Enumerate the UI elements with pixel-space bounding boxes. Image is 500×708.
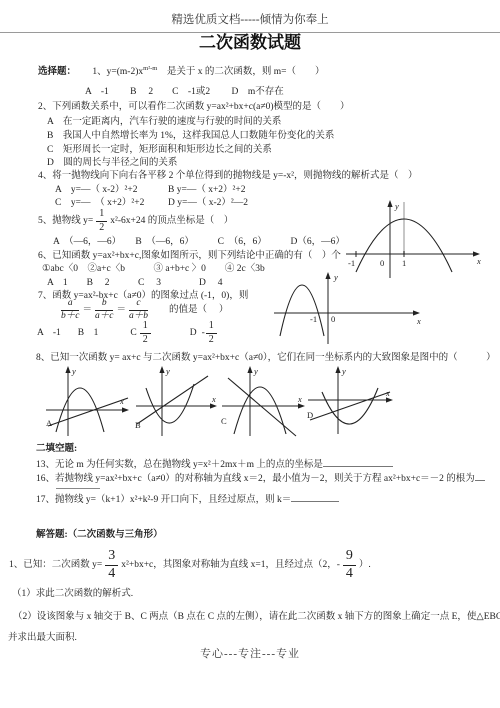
minus-sign: - bbox=[337, 559, 340, 571]
solve-q1-mid: x²+bx+c，其图象对称轴为直线 x=1，且经过点（2， bbox=[121, 559, 337, 571]
parabola-curve bbox=[280, 285, 324, 336]
x-axis-arrow bbox=[298, 403, 305, 408]
fraction-one-half: 12 bbox=[96, 209, 107, 233]
y-axis-label: y bbox=[165, 366, 170, 376]
solve-q1-sub1: （1）求此二次函数的解析式. bbox=[12, 588, 133, 600]
page-footer: 专心---专注---专业 bbox=[0, 648, 500, 660]
y-axis-label: y bbox=[333, 272, 338, 282]
equals-sign: ＝ bbox=[82, 304, 92, 316]
tick-label-0: 0 bbox=[331, 314, 335, 324]
answer-blank bbox=[291, 492, 339, 502]
answer-blank bbox=[323, 457, 393, 467]
question-7-option-d: D bbox=[190, 327, 197, 339]
fraction-nine-quarters: 94 bbox=[343, 549, 356, 581]
question-4-option-a: A y=—（ x-2）²+2 bbox=[55, 184, 137, 196]
x-axis-label: x bbox=[297, 394, 302, 404]
tick-label-minus-1: -1 bbox=[310, 314, 317, 324]
solve-q1-pre: 1、已知：二次函数 y= bbox=[9, 559, 102, 571]
solve-question-1-line: 1、已知：二次函数 y= 34 x²+bx+c，其图象对称轴为直线 x=1，且经… bbox=[9, 548, 371, 582]
x-axis-label: x bbox=[416, 316, 421, 326]
fraction-b-over-a-plus-c: ba＋c bbox=[95, 299, 113, 322]
header-notice: 精选优质文档-----倾情为你奉上 bbox=[0, 14, 500, 26]
question-2-text: 2、下列函数关系中，可以看作二次函数 y=ax²+bx+c(a≠0)模型的是（ … bbox=[38, 101, 350, 113]
question-4-text: 4、将一抛物线向下向右各平移 2 个单位得到的抛物线是 y=-x²，则抛物线的解… bbox=[38, 170, 418, 182]
question-16-text: 16、若抛物线 y=ax²+bx+c（a≠0）的对称轴为直线 x＝2，最小值为－… bbox=[36, 471, 485, 485]
x-axis-arrow bbox=[413, 310, 420, 315]
solve-q1-sub2-continued: 并求出最大面积. bbox=[8, 632, 77, 644]
solve-q1-sub2: （2）设该图象与 x 轴交于 B、C 两点（B 点在 C 点的左侧），请在此二次… bbox=[13, 611, 500, 623]
solve-q1-post: ）. bbox=[359, 559, 371, 571]
y-axis-label: y bbox=[394, 201, 399, 211]
question-2-option-a: A 在一定距离内，汽车行驶的速度与行驶的时间的关系 bbox=[47, 116, 281, 128]
x-axis-label: x bbox=[476, 256, 481, 266]
x-axis-label: x bbox=[211, 394, 216, 404]
question-6-statements: ①abc〈0 ②a+c〈b ③ a+b+c 〉0 ④ 2c〈3b bbox=[42, 263, 265, 275]
question-1-pre: 1、y=(m-2)x bbox=[92, 67, 143, 77]
question-7-option-c: C bbox=[130, 327, 136, 339]
question-17-text: 17、抛物线 y=（k+1）x²+k²-9 开口向下，且经过原点，则 k＝ bbox=[36, 492, 339, 506]
question-5-options: A （—6，—6） B （—6，6） C （6，6） D（6，—6） bbox=[53, 236, 345, 248]
question-8-graph-c: y x C bbox=[220, 362, 310, 440]
question-7-parabola-graph: y x -1 0 bbox=[272, 266, 428, 348]
graph-letter-b: B bbox=[135, 420, 141, 430]
question-4-option-b: B y=—（ x+2）²+2 bbox=[168, 184, 246, 196]
question-7-option-b: B 1 bbox=[78, 327, 99, 339]
y-axis-label: y bbox=[341, 366, 346, 376]
question-6-text: 6、已知函数 y=ax²+bx+c,图象如图所示，则下列结论中正确的有（ ）个 bbox=[38, 250, 341, 262]
question-5-post: x²-6x+24 的顶点坐标是（ ） bbox=[110, 215, 233, 227]
y-axis-label: y bbox=[71, 366, 76, 376]
y-axis-arrow bbox=[387, 200, 392, 207]
answer-blank bbox=[475, 471, 485, 481]
minus-sign: - bbox=[202, 327, 205, 339]
choice-section-label: 选择题： bbox=[38, 67, 76, 77]
x-axis-label: x bbox=[385, 388, 390, 398]
parabola-curve bbox=[234, 387, 286, 434]
document-page: { "page": { "notice": "精选优质文档-----倾情为你奉上… bbox=[0, 0, 500, 708]
question-2-option-c: C 矩形周长一定时，矩形面积和矩形边长之间的关系 bbox=[47, 144, 272, 156]
question-8-graph-b: y x B bbox=[134, 362, 224, 440]
solve-section-label: 解答题:（二次函数与三角形） bbox=[36, 529, 163, 541]
y-axis-arrow bbox=[65, 366, 70, 373]
question-1-exponent: m²-m bbox=[143, 65, 157, 72]
x-axis-arrow bbox=[210, 403, 217, 408]
question-5-pre: 5、抛物线 y= bbox=[38, 215, 93, 227]
graph-letter-c: C bbox=[221, 416, 227, 426]
fill-section-label: 二填空题: bbox=[36, 443, 77, 455]
y-axis-arrow bbox=[247, 366, 252, 373]
question-2-option-d: D 圆的周长与半径之间的关系 bbox=[47, 157, 177, 169]
x-axis-arrow bbox=[386, 397, 393, 402]
question-1-post: 是关于 x 的二次函数，则 m=（ ） bbox=[157, 67, 324, 77]
question-1-line: 选择题： 1、y=(m-2)xm²-m 是关于 x 的二次函数，则 m=（ ） bbox=[38, 66, 325, 78]
page-title: 二次函数试题 bbox=[0, 37, 500, 49]
question-8-graph-d: y x D bbox=[306, 362, 396, 440]
line-curve bbox=[48, 398, 128, 426]
question-5-line: 5、抛物线 y= 12 x²-6x+24 的顶点坐标是（ ） bbox=[38, 208, 233, 234]
fraction-three-quarters: 34 bbox=[105, 549, 118, 581]
question-13-text: 13、无论 m 为任何实数，总在抛物线 y=x²＋2mx＋m 上的点的坐标是 bbox=[36, 457, 393, 471]
answer-blank-continuation bbox=[56, 487, 100, 489]
fraction-c-over-a-plus-b: ca＋b bbox=[129, 299, 148, 322]
fraction-a-over-b-plus-c: ab＋c bbox=[61, 299, 79, 322]
y-axis-arrow bbox=[335, 366, 340, 373]
question-7-option-a: A -1 bbox=[37, 327, 61, 339]
fraction-one-half: 12 bbox=[206, 321, 217, 345]
graph-letter-a: A bbox=[46, 418, 53, 428]
fraction-one-half: 12 bbox=[140, 321, 151, 345]
question-1-options: A -1 B 2 C -1或2 D m不存在 bbox=[85, 86, 284, 98]
question-8-graph-a: y x A bbox=[44, 362, 134, 440]
equals-sign: ＝ bbox=[116, 304, 126, 316]
y-axis-label: y bbox=[253, 366, 258, 376]
question-7-options: A -1 B 1 C 12 D - 12 bbox=[37, 321, 220, 345]
x-axis-arrow bbox=[122, 407, 129, 412]
line-curve bbox=[137, 376, 208, 424]
y-axis-arrow bbox=[159, 366, 164, 373]
line-curve bbox=[228, 378, 296, 436]
question-6-options: A 1 B 2 C 3 D 4 bbox=[47, 277, 223, 289]
x-axis-label: x bbox=[119, 396, 124, 406]
question-2-option-b: B 我国人中自然增长率为 1%，这样我国总人口数随年份变化的关系 bbox=[47, 130, 334, 142]
graph-letter-d: D bbox=[307, 410, 313, 420]
question-7-tail: 的值是（ ） bbox=[169, 304, 228, 316]
y-axis-arrow bbox=[325, 272, 330, 279]
line-curve bbox=[310, 392, 390, 420]
